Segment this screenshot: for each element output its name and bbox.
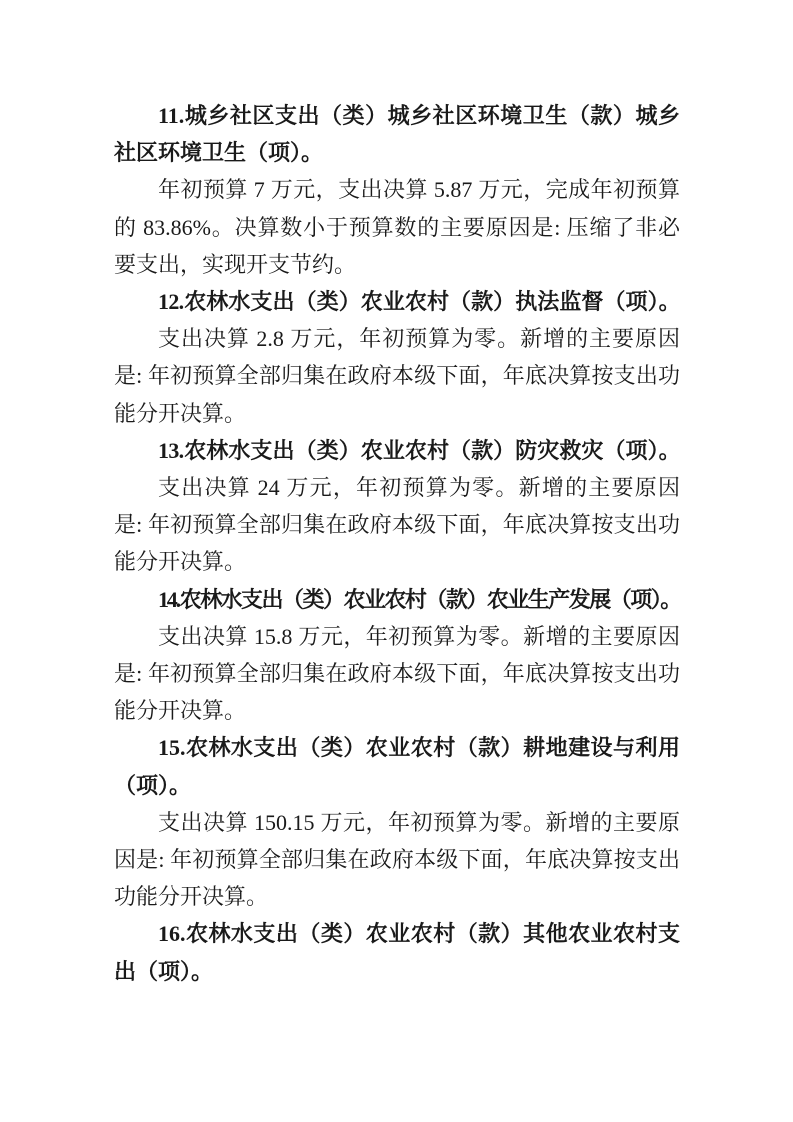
budget-item-heading: 12.农林水支出（类）农业农村（款）执法监督（项）。	[114, 283, 680, 320]
budget-item-body: 支出决算 15.8 万元，年初预算为零。新增的主要原因是: 年初预算全部归集在政…	[114, 618, 680, 730]
budget-item-heading: 15.农林水支出（类）农业农村（款）耕地建设与利用（项）。	[114, 729, 680, 803]
budget-item: 13.农林水支出（类）农业农村（款）防灾救灾（项）。 支出决算 24 万元，年初…	[114, 432, 680, 581]
budget-item-heading: 14.农林水支出（类）农业农村（款）农业生产发展（项）。	[114, 581, 680, 618]
budget-item: 11.城乡社区支出（类）城乡社区环境卫生（款）城乡社区环境卫生（项）。 年初预算…	[114, 97, 680, 283]
budget-item: 14.农林水支出（类）农业农村（款）农业生产发展（项）。 支出决算 15.8 万…	[114, 581, 680, 730]
budget-item-heading: 13.农林水支出（类）农业农村（款）防灾救灾（项）。	[114, 432, 680, 469]
budget-item-body: 支出决算 24 万元，年初预算为零。新增的主要原因是: 年初预算全部归集在政府本…	[114, 469, 680, 581]
budget-item: 12.农林水支出（类）农业农村（款）执法监督（项）。 支出决算 2.8 万元，年…	[114, 283, 680, 432]
budget-item-body: 支出决算 150.15 万元，年初预算为零。新增的主要原因是: 年初预算全部归集…	[114, 804, 680, 916]
budget-item-body: 支出决算 2.8 万元，年初预算为零。新增的主要原因是: 年初预算全部归集在政府…	[114, 320, 680, 432]
document-page: 11.城乡社区支出（类）城乡社区环境卫生（款）城乡社区环境卫生（项）。 年初预算…	[0, 0, 793, 1122]
document-content: 11.城乡社区支出（类）城乡社区环境卫生（款）城乡社区环境卫生（项）。 年初预算…	[0, 0, 793, 1122]
budget-item-heading: 16.农林水支出（类）农业农村（款）其他农业农村支出（项）。	[114, 915, 680, 989]
budget-item-body: 年初预算 7 万元，支出决算 5.87 万元，完成年初预算的 83.86%。决算…	[114, 171, 680, 283]
sections-container: 11.城乡社区支出（类）城乡社区环境卫生（款）城乡社区环境卫生（项）。 年初预算…	[114, 97, 680, 990]
budget-item: 16.农林水支出（类）农业农村（款）其他农业农村支出（项）。	[114, 915, 680, 989]
budget-item-heading: 11.城乡社区支出（类）城乡社区环境卫生（款）城乡社区环境卫生（项）。	[114, 97, 680, 171]
budget-item: 15.农林水支出（类）农业农村（款）耕地建设与利用（项）。 支出决算 150.1…	[114, 729, 680, 915]
